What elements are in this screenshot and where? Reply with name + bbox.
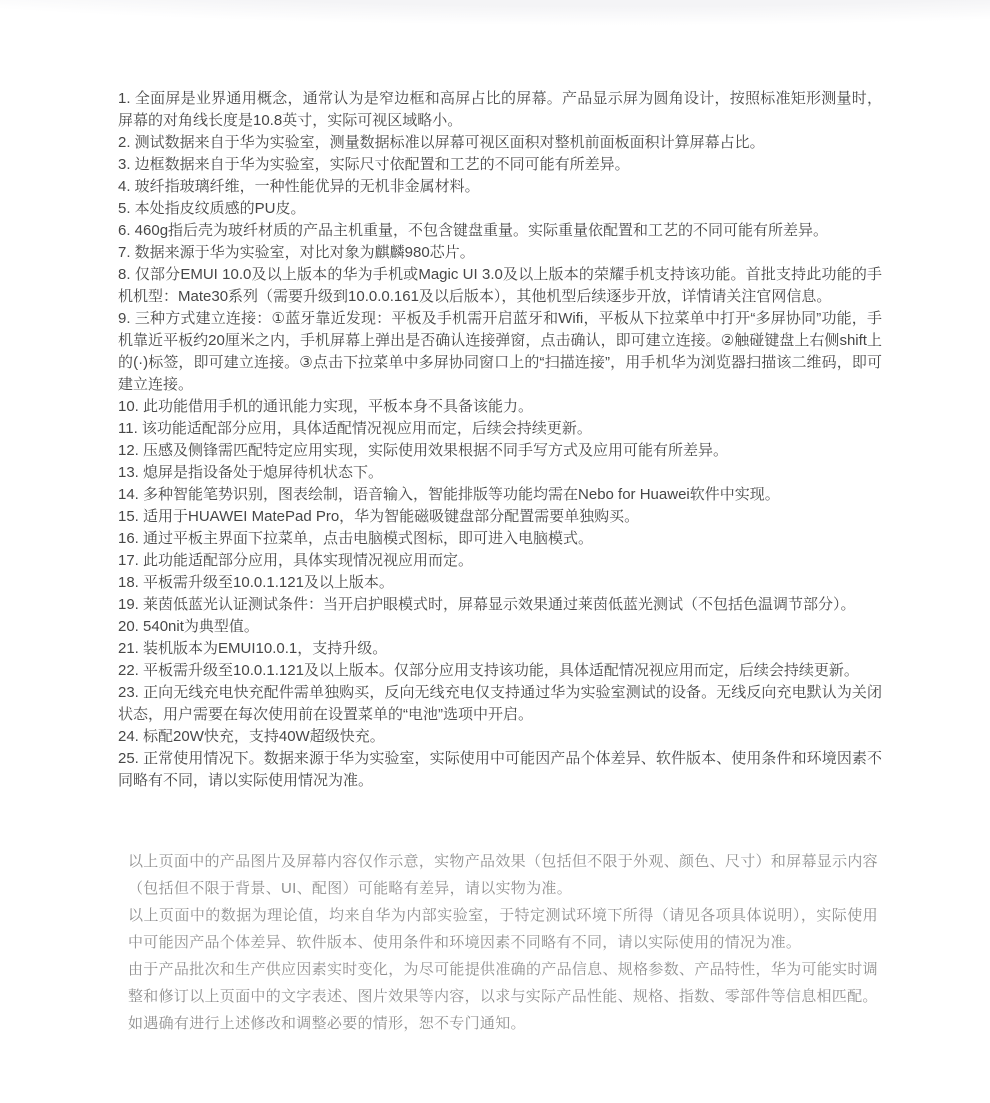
footnote-12: 12. 压感及侧锋需匹配特定应用实现，实际使用效果根据不同手写方式及应用可能有所… xyxy=(118,440,882,462)
disclaimer-paragraph-3: 由于产品批次和生产供应因素实时变化，为尽可能提供准确的产品信息、规格参数、产品特… xyxy=(128,956,878,1010)
footnote-11: 11. 该功能适配部分应用，具体适配情况视应用而定，后续会持续更新。 xyxy=(118,418,882,440)
footnote-2: 2. 测试数据来自于华为实验室，测量数据标准以屏幕可视区面积对整机前面板面积计算… xyxy=(118,132,882,154)
footnote-5: 5. 本处指皮纹质感的PU皮。 xyxy=(118,198,882,220)
footnote-15: 15. 适用于HUAWEI MatePad Pro，华为智能磁吸键盘部分配置需要… xyxy=(118,506,882,528)
disclaimer-section: 以上页面中的产品图片及屏幕内容仅作示意，实物产品效果（包括但不限于外观、颜色、尺… xyxy=(128,848,878,1037)
footnote-14: 14. 多种智能笔势识别，图表绘制，语音输入，智能排版等功能均需在Nebo fo… xyxy=(118,484,882,506)
footnote-4: 4. 玻纤指玻璃纤维，一种性能优异的无机非金属材料。 xyxy=(118,176,882,198)
disclaimer-paragraph-4: 如遇确有进行上述修改和调整必要的情形，恕不专门通知。 xyxy=(128,1010,878,1037)
footnote-22: 22. 平板需升级至10.0.1.121及以上版本。仅部分应用支持该功能，具体适… xyxy=(118,660,882,682)
footnote-20: 20. 540nit为典型值。 xyxy=(118,616,882,638)
footnote-6: 6. 460g指后壳为玻纤材质的产品主机重量，不包含键盘重量。实际重量依配置和工… xyxy=(118,220,882,242)
footnote-17: 17. 此功能适配部分应用，具体实现情况视应用而定。 xyxy=(118,550,882,572)
footnote-23: 23. 正向无线充电快充配件需单独购买，反向无线充电仅支持通过华为实验室测试的设… xyxy=(118,682,882,726)
footnote-19: 19. 莱茵低蓝光认证测试条件：当开启护眼模式时，屏幕显示效果通过莱茵低蓝光测试… xyxy=(118,594,882,616)
footnote-16: 16. 通过平板主界面下拉菜单，点击电脑模式图标，即可进入电脑模式。 xyxy=(118,528,882,550)
footnote-8: 8. 仅部分EMUI 10.0及以上版本的华为手机或Magic UI 3.0及以… xyxy=(118,264,882,308)
top-gradient-decoration xyxy=(0,0,990,46)
disclaimer-paragraph-2: 以上页面中的数据为理论值，均来自华为内部实验室，于特定测试环境下所得（请见各项具… xyxy=(128,902,878,956)
footnote-10: 10. 此功能借用手机的通讯能力实现，平板本身不具备该能力。 xyxy=(118,396,882,418)
footnotes-section: 1. 全面屏是业界通用概念，通常认为是窄边框和高屏占比的屏幕。产品显示屏为圆角设… xyxy=(118,88,882,792)
disclaimer-paragraph-1: 以上页面中的产品图片及屏幕内容仅作示意，实物产品效果（包括但不限于外观、颜色、尺… xyxy=(128,848,878,902)
footnote-21: 21. 装机版本为EMUI10.0.1，支持升级。 xyxy=(118,638,882,660)
footnote-18: 18. 平板需升级至10.0.1.121及以上版本。 xyxy=(118,572,882,594)
footnote-9: 9. 三种方式建立连接：①蓝牙靠近发现：平板及手机需开启蓝牙和Wifi，平板从下… xyxy=(118,308,882,396)
footnote-3: 3. 边框数据来自于华为实验室，实际尺寸依配置和工艺的不同可能有所差异。 xyxy=(118,154,882,176)
footnote-25: 25. 正常使用情况下。数据来源于华为实验室，实际使用中可能因产品个体差异、软件… xyxy=(118,748,882,792)
footnote-7: 7. 数据来源于华为实验室，对比对象为麒麟980芯片。 xyxy=(118,242,882,264)
footnote-13: 13. 熄屏是指设备处于熄屏待机状态下。 xyxy=(118,462,882,484)
footnote-24: 24. 标配20W快充，支持40W超级快充。 xyxy=(118,726,882,748)
footnote-1: 1. 全面屏是业界通用概念，通常认为是窄边框和高屏占比的屏幕。产品显示屏为圆角设… xyxy=(118,88,882,132)
